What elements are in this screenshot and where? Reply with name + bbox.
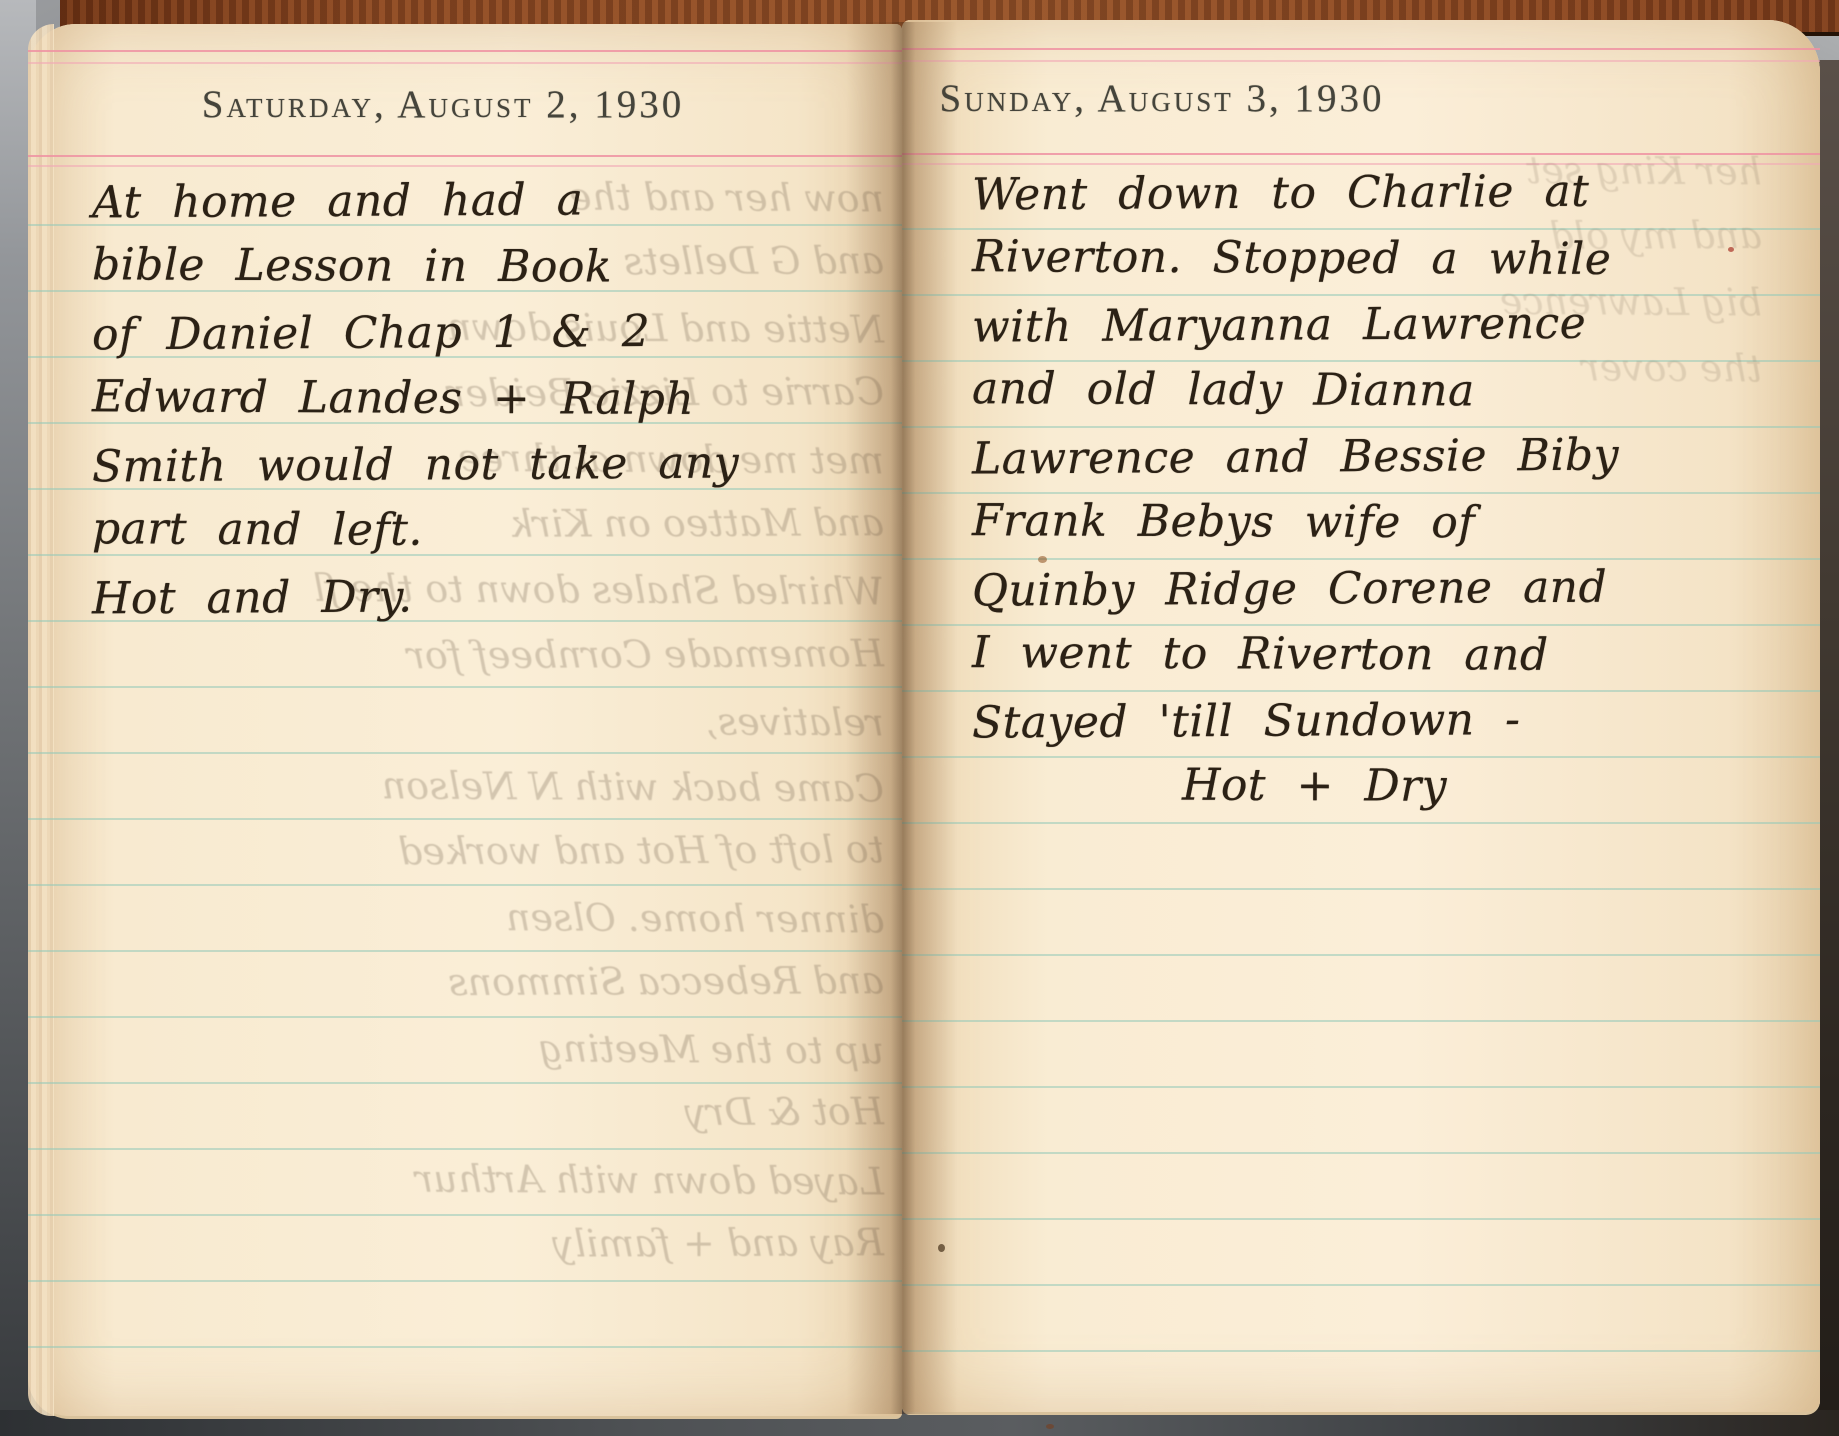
foxing-spot — [1728, 247, 1734, 252]
handwriting-line: Smith would not take any — [92, 430, 882, 501]
foxing-spot — [1038, 556, 1047, 563]
handwriting-line: with Maryanna Lawrence — [972, 289, 1806, 360]
handwriting-line: At home and had a — [92, 166, 882, 237]
bleed-through-line: up to the Meeting — [74, 1013, 884, 1083]
handwriting-line: Riverton. Stopped a while — [972, 224, 1806, 294]
handwriting-line: Edward Landes + Ralph — [92, 364, 882, 433]
handwriting-line: I went to Riverton and — [972, 620, 1806, 690]
page-date-header-right: Sunday, August 3, 1930 — [912, 76, 1412, 121]
handwriting-line: Frank Bebys wife of — [972, 488, 1806, 558]
handwriting-line: Quinby Ridge Corene and — [972, 553, 1806, 624]
handwriting-line: Stayed 'till Sundown - — [972, 685, 1806, 756]
handwriting-line: Hot and Dry. — [92, 562, 882, 633]
pink-rule — [28, 155, 902, 157]
bleed-through-line: Layed down with Arthur — [74, 1144, 884, 1214]
bleed-through-line: Came back with N Nelson — [74, 751, 884, 821]
diary-page-right: Sunday, August 3, 1930 her King set and … — [902, 20, 1820, 1415]
handwriting-line: Went down to Charlie at — [972, 157, 1806, 228]
handwriting-line: Lawrence and Bessie Biby — [972, 421, 1806, 492]
pink-rule — [902, 60, 1820, 62]
page-date-header-left: Saturday, August 2, 1930 — [133, 82, 753, 127]
handwriting-line: and old lady Dianna — [972, 356, 1806, 426]
bleed-through-line: Ray and + family — [74, 1210, 884, 1279]
bleed-through-line: relatives, — [74, 686, 884, 756]
left-page-handwriting: At home and had a bible Lesson in Book o… — [92, 168, 882, 630]
book-gutter-fold — [846, 22, 958, 1414]
bleed-through-line: Hot & Dry — [74, 1079, 884, 1148]
handwriting-line: Hot + Dry — [1182, 753, 1806, 822]
bleed-through-line: dinner home. Olsen — [74, 882, 884, 952]
pink-rule — [902, 48, 1820, 50]
bleed-through-line: to loft of Hot and worked — [74, 817, 884, 886]
pink-rule — [28, 62, 902, 64]
handwriting-line: of Daniel Chap 1 & 2 — [92, 298, 882, 369]
foxing-spot — [938, 1244, 945, 1252]
handwriting-line: part and left. — [92, 496, 882, 565]
handwriting-line: bible Lesson in Book — [92, 232, 882, 301]
foxing-spot — [1046, 1424, 1054, 1429]
diary-page-left: Saturday, August 2, 1930 now her and the… — [28, 24, 902, 1419]
right-page-handwriting: Went down to Charlie at Riverton. Stoppe… — [972, 160, 1806, 820]
bleed-through-line: and Rebecca Simmons — [74, 948, 884, 1017]
pink-rule — [28, 50, 902, 52]
